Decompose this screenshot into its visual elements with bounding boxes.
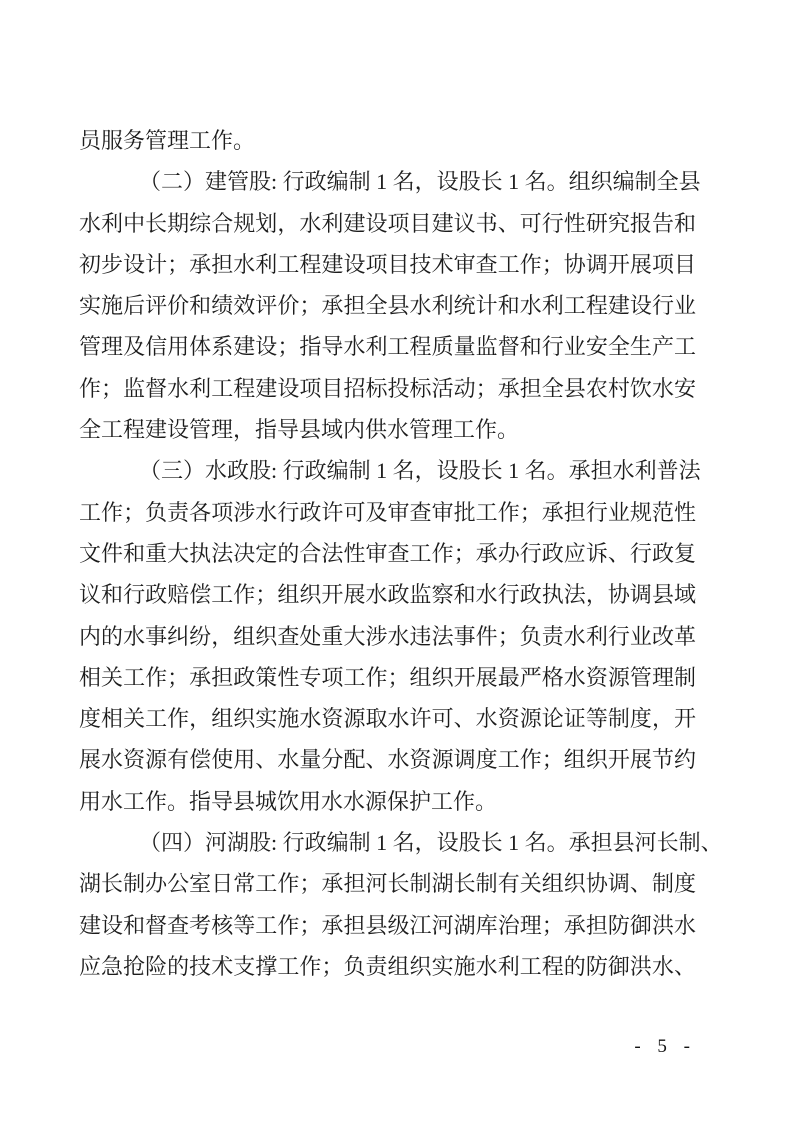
text-line: 度相关工作，组织实施水资源取水许可、水资源论证等制度，开 bbox=[79, 698, 696, 739]
text-line: （二）建管股: 行政编制 1 名，设股长 1 名。组织编制全县 bbox=[79, 161, 696, 202]
text-line: 初步设计；承担水利工程建设项目技术审查工作；协调开展项目 bbox=[79, 244, 696, 285]
text-line: 管理及信用体系建设；指导水利工程质量监督和行业安全生产工 bbox=[79, 326, 696, 367]
text-line: 议和行政赔偿工作；组织开展水政监察和水行政执法，协调县域 bbox=[79, 574, 696, 615]
document-page: 员服务管理工作。（二）建管股: 行政编制 1 名，设股长 1 名。组织编制全县水… bbox=[0, 0, 793, 1122]
text-line: 内的水事纠纷，组织查处重大涉水违法事件；负责水利行业改革 bbox=[79, 616, 696, 657]
text-line: 作；监督水利工程建设项目招标投标活动；承担全县农村饮水安 bbox=[79, 368, 696, 409]
text-line: 水利中长期综合规划，水利建设项目建议书、可行性研究报告和 bbox=[79, 203, 696, 244]
text-line: 实施后评价和绩效评价；承担全县水利统计和水利工程建设行业 bbox=[79, 285, 696, 326]
text-line: 建设和督查考核等工作；承担县级江河湖库治理；承担防御洪水 bbox=[79, 905, 696, 946]
text-line: （三）水政股: 行政编制 1 名，设股长 1 名。承担水利普法 bbox=[79, 450, 696, 491]
text-line: （四）河湖股: 行政编制 1 名，设股长 1 名。承担县河长制、 bbox=[79, 822, 696, 863]
document-body: 员服务管理工作。（二）建管股: 行政编制 1 名，设股长 1 名。组织编制全县水… bbox=[79, 120, 696, 987]
text-line: 用水工作。指导县城饮用水水源保护工作。 bbox=[79, 781, 696, 822]
text-line: 文件和重大执法决定的合法性审查工作；承办行政应诉、行政复 bbox=[79, 533, 696, 574]
text-line: 展水资源有偿使用、水量分配、水资源调度工作；组织开展节约 bbox=[79, 739, 696, 780]
text-line: 应急抢险的技术支撑工作；负责组织实施水利工程的防御洪水、 bbox=[79, 946, 696, 987]
text-line: 全工程建设管理，指导县域内供水管理工作。 bbox=[79, 409, 696, 450]
text-line: 工作；负责各项涉水行政许可及审查审批工作；承担行业规范性 bbox=[79, 492, 696, 533]
text-line: 相关工作；承担政策性专项工作；组织开展最严格水资源管理制 bbox=[79, 657, 696, 698]
page-number: - 5 - bbox=[634, 1036, 696, 1058]
text-line: 员服务管理工作。 bbox=[79, 120, 696, 161]
text-line: 湖长制办公室日常工作；承担河长制湖长制有关组织协调、制度 bbox=[79, 863, 696, 904]
